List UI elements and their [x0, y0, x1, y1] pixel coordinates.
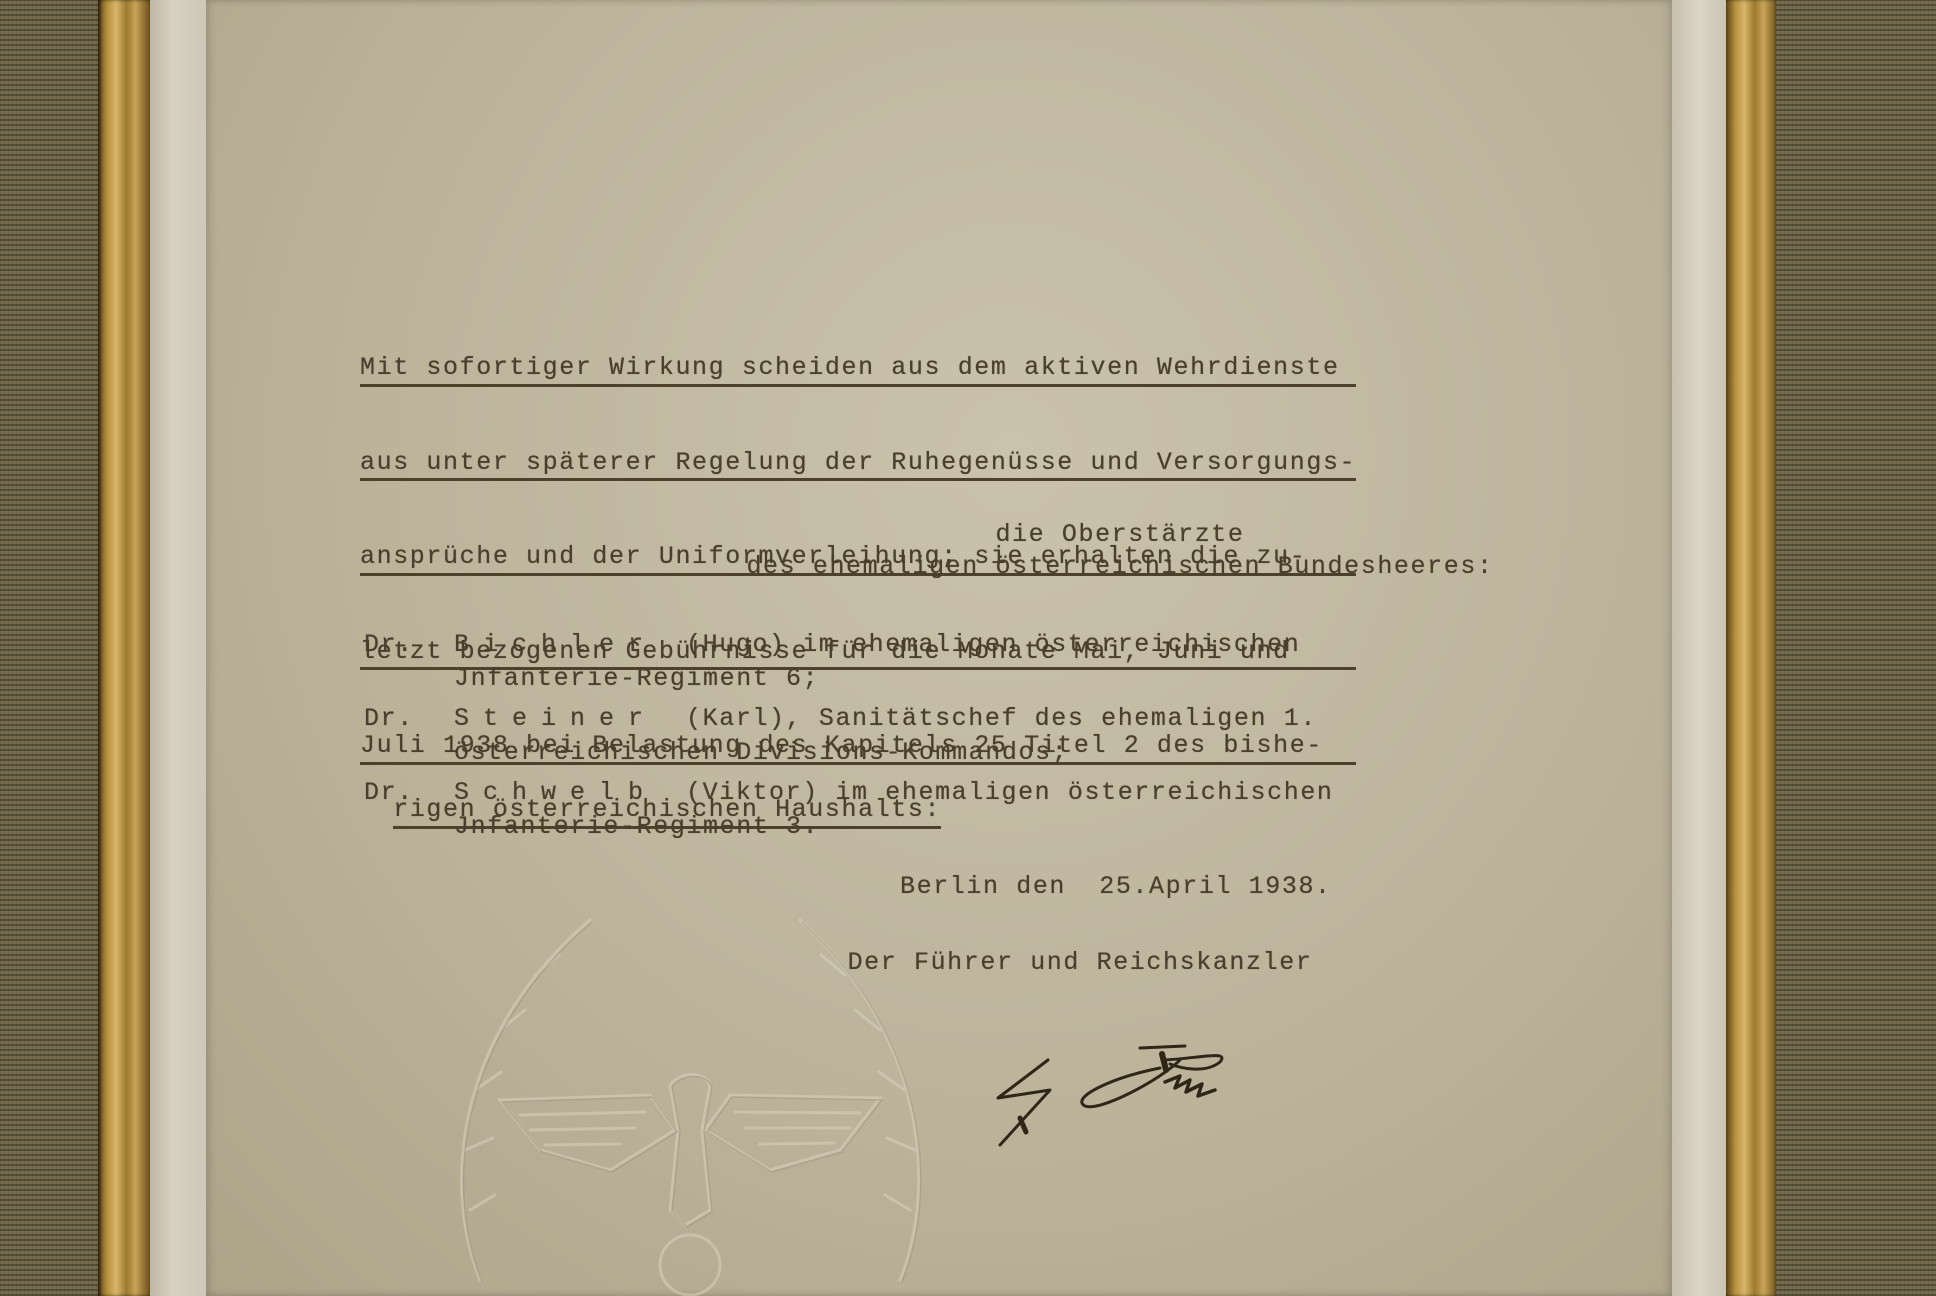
- entry-surname: Bichler: [454, 630, 686, 659]
- embossed-eagle-seal-icon: [420, 880, 960, 1296]
- signatory-title: Der Führer und Reichskanzler: [580, 948, 1580, 977]
- entry-body: Steiner (Karl), Sanitätschef des ehemali…: [454, 702, 1317, 770]
- entry-surname: Steiner: [454, 704, 686, 733]
- entry-body: Schwelb (Viktor) im ehemaligen österreic…: [454, 776, 1334, 844]
- frame-gold-right: [1726, 0, 1778, 1296]
- entry-schwelb: Dr. Schwelb (Viktor) im ehemaligen öster…: [364, 776, 397, 878]
- entry-prefix: Dr.: [364, 702, 414, 736]
- wall-linen-left: [0, 0, 100, 1296]
- paragraph-line: aus unter späterer Regelung der Ruhegenü…: [360, 448, 1356, 482]
- entry-unit: Jnfanterie-Regiment 3.: [454, 812, 819, 841]
- entry-prefix: Dr.: [364, 628, 414, 662]
- entry-unit: österreichischen Divisions-Kommandos;: [454, 738, 1068, 767]
- entry-unit: Jnfanterie-Regiment 6;: [454, 664, 819, 693]
- entry-surname: Schwelb: [454, 778, 686, 807]
- mat-right: [1672, 0, 1728, 1296]
- entry-detail: (Viktor) im ehemaligen österreichischen: [686, 778, 1334, 807]
- signature-icon: [990, 1040, 1290, 1150]
- entry-detail: (Hugo) im ehemaligen österreichischen: [686, 630, 1300, 659]
- heading-rank: die Oberstärzte: [620, 520, 1620, 549]
- frame-gold-left: [98, 0, 150, 1296]
- entry-detail: (Karl), Sanitätschef des ehemaligen 1.: [686, 704, 1317, 733]
- entry-body: Bichler (Hugo) im ehemaligen österreichi…: [454, 628, 1300, 696]
- heading-army: des ehemaligen österreichischen Bundeshe…: [620, 552, 1620, 581]
- wall-linen-right: [1776, 0, 1936, 1296]
- entry-prefix: Dr.: [364, 776, 414, 810]
- paragraph-line: Mit sofortiger Wirkung scheiden aus dem …: [360, 353, 1356, 387]
- place-date: Berlin den 25.April 1938.: [900, 872, 1332, 901]
- mat-left: [150, 0, 206, 1296]
